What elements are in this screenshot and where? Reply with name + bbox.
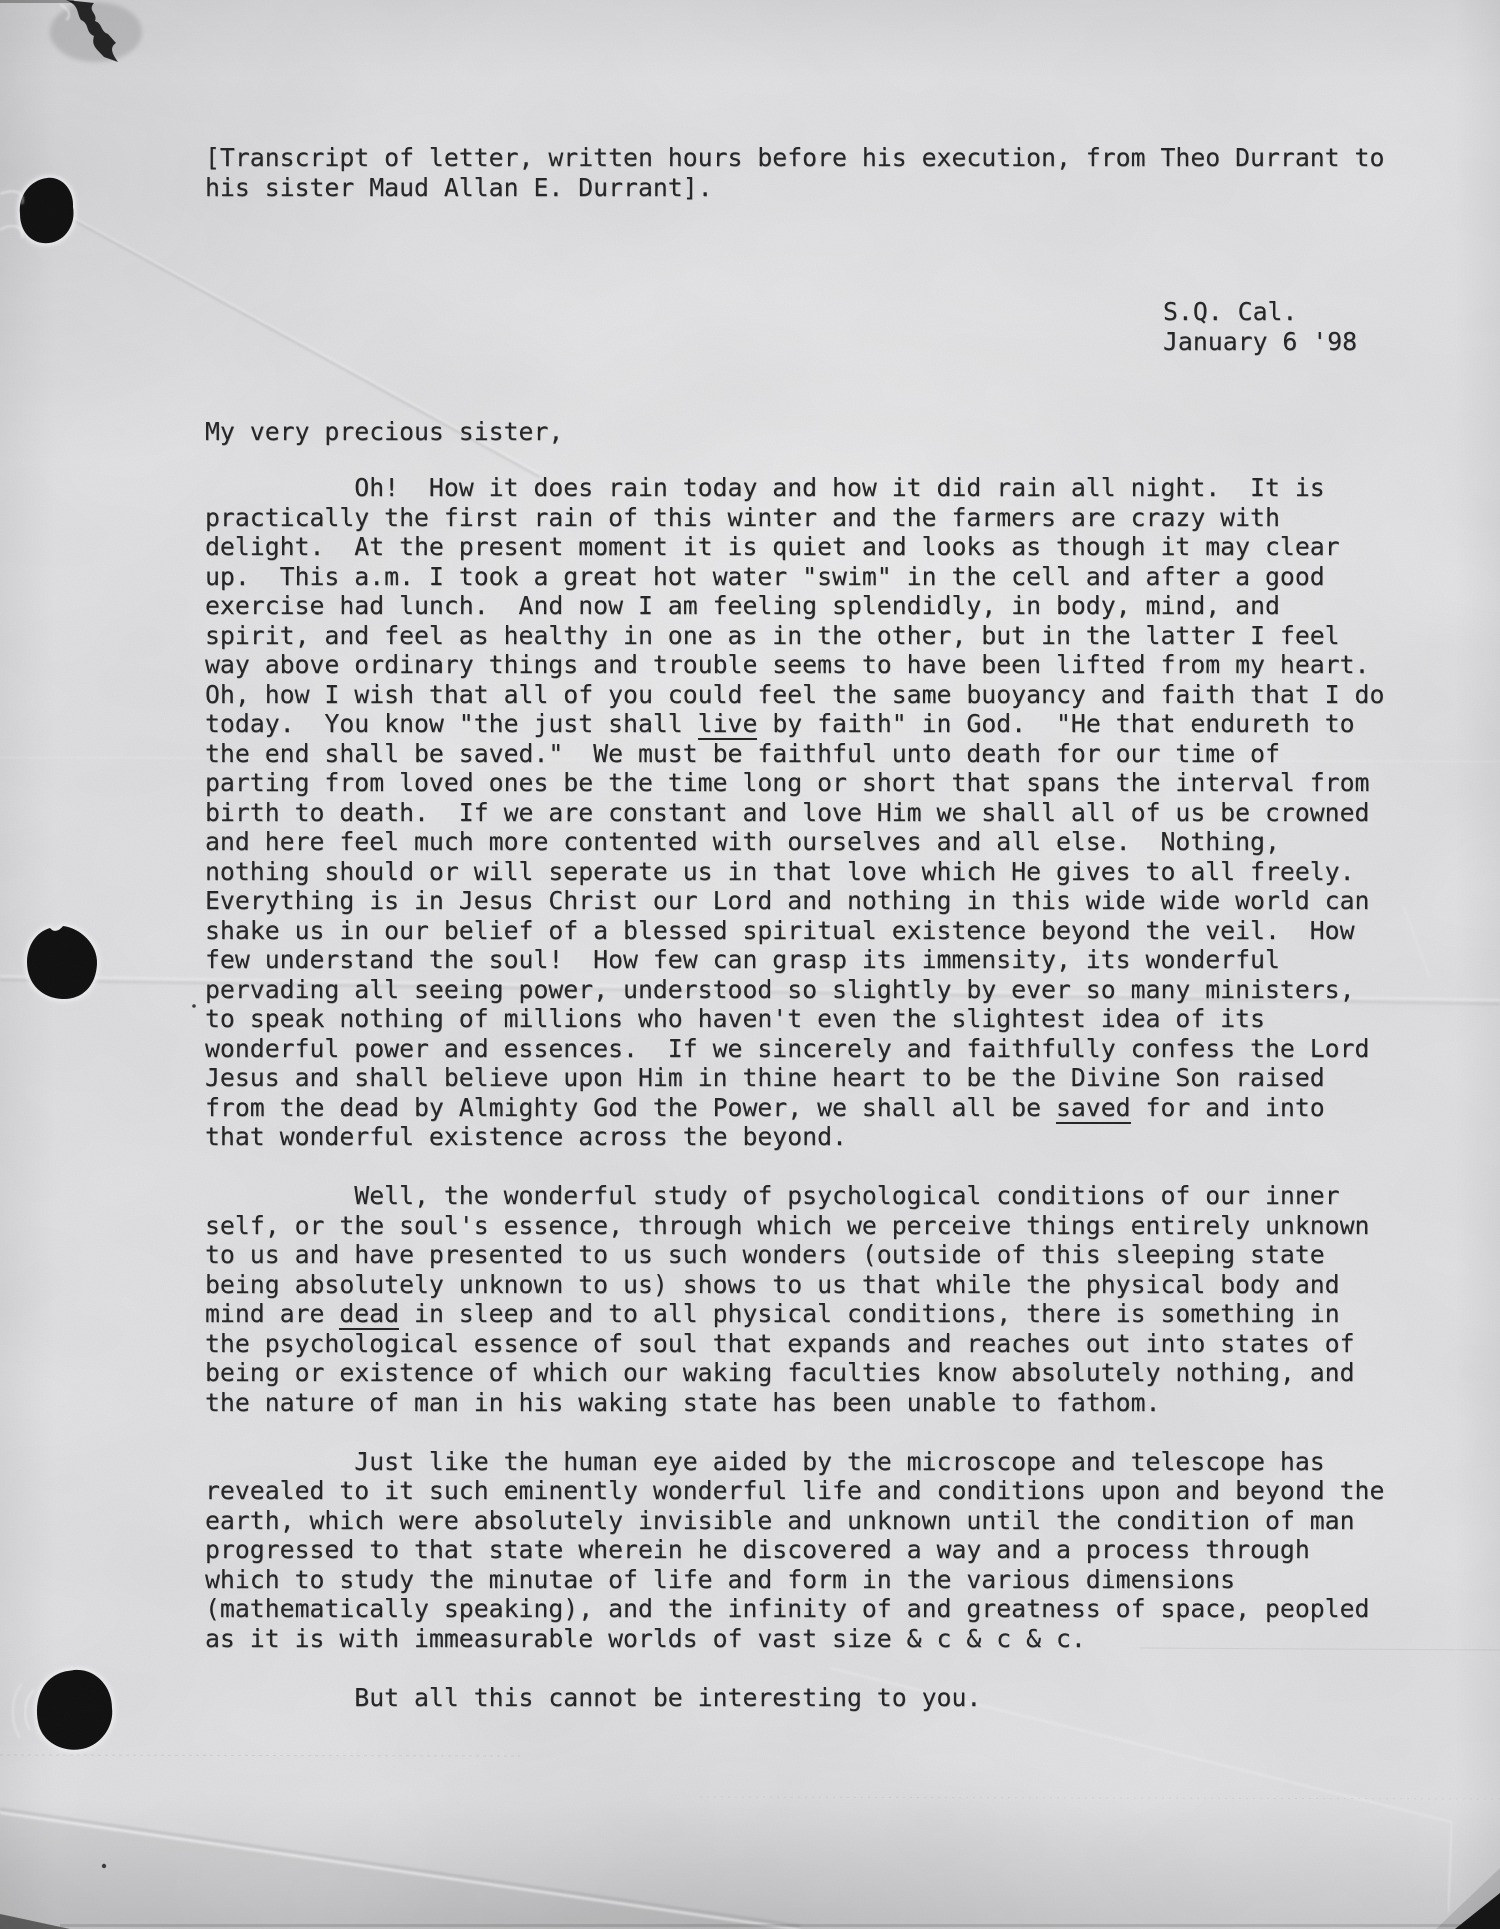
salutation: My very precious sister, — [205, 417, 563, 447]
letter-line: the nature of man in his waking state ha… — [205, 1388, 1475, 1418]
letter-line: Well, the wonderful study of psychologic… — [205, 1181, 1475, 1211]
letter-line-segment: earth, which were absolutely invisible a… — [205, 1506, 1355, 1535]
letter-line: Jesus and shall believe upon Him in thin… — [205, 1063, 1475, 1093]
letter-line: birth to death. If we are constant and l… — [205, 798, 1475, 828]
letter-line-segment: Just like the human eye aided by the mic… — [205, 1447, 1325, 1476]
letter-line: pervading all seeing power, understood s… — [205, 975, 1475, 1005]
staple-tear — [50, 0, 142, 62]
letter-line-segment: spirit, and feel as healthy in one as in… — [205, 621, 1340, 650]
letter-line-segment: as it is with immeasurable worlds of vas… — [205, 1624, 1086, 1653]
letter-line: wonderful power and essences. If we sinc… — [205, 1034, 1475, 1064]
letter-line: way above ordinary things and trouble se… — [205, 650, 1475, 680]
letter-line: Oh, how I wish that all of you could fee… — [205, 680, 1475, 710]
letter-line-segment: Oh! How it does rain today and how it di… — [205, 473, 1325, 502]
paragraph: Just like the human eye aided by the mic… — [205, 1447, 1475, 1654]
letter-line: revealed to it such eminently wonderful … — [205, 1476, 1475, 1506]
letter-line-segment: mind are — [205, 1299, 339, 1328]
letter-line-segment: wonderful power and essences. If we sinc… — [205, 1034, 1369, 1063]
letter-line: today. You know "the just shall live by … — [205, 709, 1475, 739]
letter-line: few understand the soul! How few can gra… — [205, 945, 1475, 975]
letter-line: up. This a.m. I took a great hot water "… — [205, 562, 1475, 592]
letter-line: Everything is in Jesus Christ our Lord a… — [205, 886, 1475, 916]
letter-line-segment: the psychological essence of soul that e… — [205, 1329, 1355, 1358]
letter-line-segment: shake us in our belief of a blessed spir… — [205, 916, 1355, 945]
letter-line-segment: which to study the minutae of life and f… — [205, 1565, 1235, 1594]
transcript-note-line: his sister Maud Allan E. Durrant]. — [205, 173, 1384, 203]
letter-line: and here feel much more contented with o… — [205, 827, 1475, 857]
letter-line-segment: the nature of man in his waking state ha… — [205, 1388, 1160, 1417]
letter-line-segment: Well, the wonderful study of psychologic… — [205, 1181, 1340, 1210]
letter-line: shake us in our belief of a blessed spir… — [205, 916, 1475, 946]
paragraph: But all this cannot be interesting to yo… — [205, 1683, 1475, 1713]
letter-line: which to study the minutae of life and f… — [205, 1565, 1475, 1595]
letter-line-segment: for and into — [1131, 1093, 1325, 1122]
letter-line: exercise had lunch. And now I am feeling… — [205, 591, 1475, 621]
letter-line-segment: practically the first rain of this winte… — [205, 503, 1280, 532]
letter-line-segment: today. You know "the just shall — [205, 709, 698, 738]
letter-line-segment: in sleep and to all physical conditions,… — [399, 1299, 1340, 1328]
letter-line-segment: by faith" in God. "He that endureth to — [757, 709, 1354, 738]
punch-hole-middle — [27, 926, 97, 999]
letter-line: mind are dead in sleep and to all physic… — [205, 1299, 1475, 1329]
letter-line: Just like the human eye aided by the mic… — [205, 1447, 1475, 1477]
letter-line: as it is with immeasurable worlds of vas… — [205, 1624, 1475, 1654]
letter-line: nothing should or will seperate us in th… — [205, 857, 1475, 887]
letter-line: being or existence of which our waking f… — [205, 1358, 1475, 1388]
letter-line: the end shall be saved." We must be fait… — [205, 739, 1475, 769]
dateline: S.Q. Cal. January 6 '98 — [1163, 297, 1357, 356]
letter-line: self, or the soul's essence, through whi… — [205, 1211, 1475, 1241]
letter-line: But all this cannot be interesting to yo… — [205, 1683, 1475, 1713]
letter-line-segment: from the dead by Almighty God the Power,… — [205, 1093, 1056, 1122]
letter-line: progressed to that state wherein he disc… — [205, 1535, 1475, 1565]
letter-line: delight. At the present moment it is qui… — [205, 532, 1475, 562]
underlined-word: live — [698, 709, 758, 740]
bottom-left-fold-shadow — [0, 1813, 800, 1929]
letter-line-segment: the end shall be saved." We must be fait… — [205, 739, 1280, 768]
underlined-word: dead — [339, 1299, 399, 1330]
transcript-note: [Transcript of letter, written hours bef… — [205, 143, 1384, 202]
letter-page: [Transcript of letter, written hours bef… — [0, 0, 1500, 1929]
dateline-date: January 6 '98 — [1163, 327, 1357, 357]
letter-line: parting from loved ones be the time long… — [205, 768, 1475, 798]
letter-line-segment: Oh, how I wish that all of you could fee… — [205, 680, 1384, 709]
letter-line: to speak nothing of millions who haven't… — [205, 1004, 1475, 1034]
letter-line-segment: way above ordinary things and trouble se… — [205, 650, 1369, 679]
letter-body: Oh! How it does rain today and how it di… — [205, 473, 1475, 1742]
letter-line-segment: delight. At the present moment it is qui… — [205, 532, 1340, 561]
letter-line: (mathematically speaking), and the infin… — [205, 1594, 1475, 1624]
letter-line: to us and have presented to us such wond… — [205, 1240, 1475, 1270]
letter-line-segment: being or existence of which our waking f… — [205, 1358, 1355, 1387]
letter-line-segment: Everything is in Jesus Christ our Lord a… — [205, 886, 1369, 915]
punch-hole-bottom — [13, 1670, 113, 1750]
paragraph: Oh! How it does rain today and how it di… — [205, 473, 1475, 1152]
letter-line-segment: parting from loved ones be the time long… — [205, 768, 1369, 797]
letter-line-segment: progressed to that state wherein he disc… — [205, 1535, 1310, 1564]
letter-line-segment: up. This a.m. I took a great hot water "… — [205, 562, 1325, 591]
letter-line-segment: Jesus and shall believe upon Him in thin… — [205, 1063, 1325, 1092]
letter-line-segment: self, or the soul's essence, through whi… — [205, 1211, 1369, 1240]
paragraph: Well, the wonderful study of psychologic… — [205, 1181, 1475, 1417]
letter-line-segment: being absolutely unknown to us) shows to… — [205, 1270, 1340, 1299]
letter-line: that wonderful existence across the beyo… — [205, 1122, 1475, 1152]
letter-line: spirit, and feel as healthy in one as in… — [205, 621, 1475, 651]
dateline-place: S.Q. Cal. — [1163, 297, 1357, 327]
letter-line: Oh! How it does rain today and how it di… — [205, 473, 1475, 503]
letter-line: earth, which were absolutely invisible a… — [205, 1506, 1475, 1536]
letter-line-segment: nothing should or will seperate us in th… — [205, 857, 1355, 886]
letter-line-segment: and here feel much more contented with o… — [205, 827, 1280, 856]
letter-line-segment: few understand the soul! How few can gra… — [205, 945, 1280, 974]
letter-line: the psychological essence of soul that e… — [205, 1329, 1475, 1359]
letter-line: from the dead by Almighty God the Power,… — [205, 1093, 1475, 1123]
letter-line-segment: But all this cannot be interesting to yo… — [205, 1683, 981, 1712]
letter-line-segment: (mathematically speaking), and the infin… — [205, 1594, 1369, 1623]
letter-line: being absolutely unknown to us) shows to… — [205, 1270, 1475, 1300]
punch-hole-top — [0, 178, 74, 243]
transcript-note-line: [Transcript of letter, written hours bef… — [205, 143, 1384, 173]
letter-line-segment: exercise had lunch. And now I am feeling… — [205, 591, 1280, 620]
letter-line-segment: that wonderful existence across the beyo… — [205, 1122, 847, 1151]
letter-line-segment: revealed to it such eminently wonderful … — [205, 1476, 1384, 1505]
letter-line-segment: pervading all seeing power, understood s… — [205, 975, 1355, 1004]
letter-line-segment: to us and have presented to us such wond… — [205, 1240, 1325, 1269]
letter-line-segment: to speak nothing of millions who haven't… — [205, 1004, 1265, 1033]
underlined-word: saved — [1056, 1093, 1131, 1124]
letter-line: practically the first rain of this winte… — [205, 503, 1475, 533]
letter-line-segment: birth to death. If we are constant and l… — [205, 798, 1369, 827]
